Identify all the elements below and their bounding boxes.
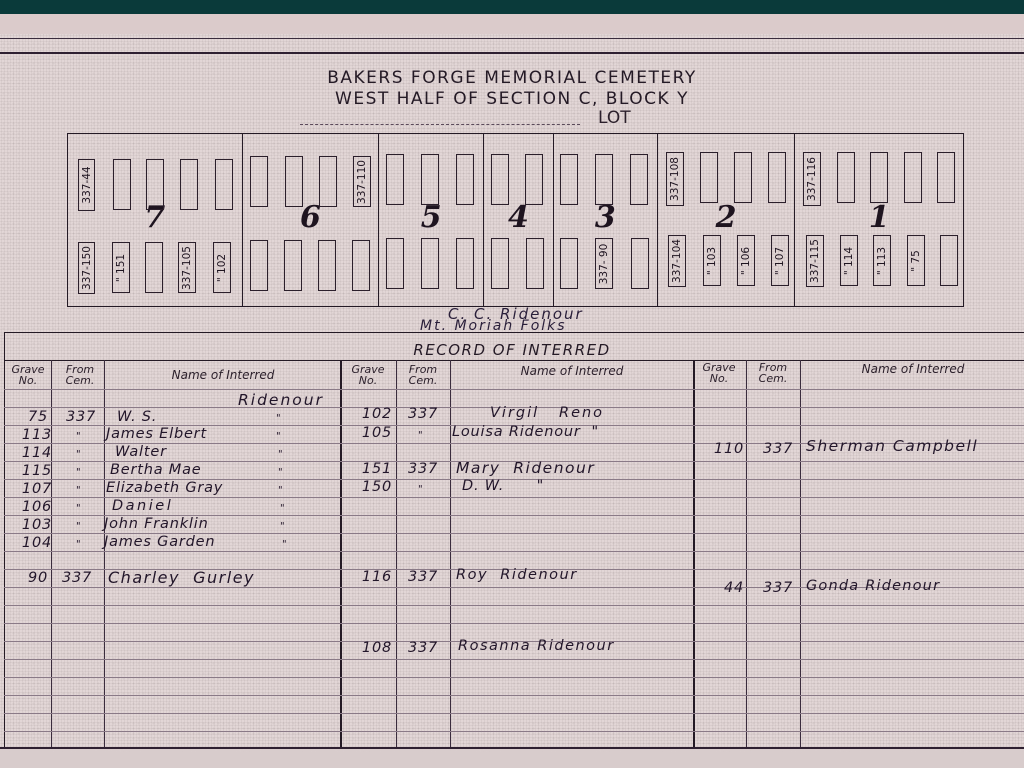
grave-plot: 337-115	[806, 235, 824, 287]
grave-number: 102	[350, 406, 392, 422]
lot-3: 3 337- 90	[554, 134, 658, 306]
from-cemetery: 337	[66, 409, 96, 425]
col-header-name: Name of Interred	[106, 370, 340, 381]
interred-name: Gonda Ridenour	[806, 578, 940, 594]
grave-plot	[318, 240, 336, 291]
border-rule	[0, 38, 1024, 39]
grave-plot: 337-108	[666, 152, 684, 206]
col-header-grave-no: Grave No.	[694, 362, 744, 384]
column-divider	[51, 360, 52, 748]
grave-label: 337- 90	[598, 243, 610, 284]
grave-plot	[491, 154, 509, 205]
interred-name: Mary Ridenour	[456, 459, 595, 477]
grave-plot	[904, 152, 922, 203]
interred-name: James Garden	[104, 534, 215, 550]
interred-name: James Elbert	[106, 426, 207, 442]
grave-plot: 337-44	[78, 159, 95, 211]
lot-4: 4	[484, 134, 554, 306]
from-cemetery: 337	[763, 441, 793, 457]
grave-plot	[630, 154, 648, 205]
grave-plot	[146, 159, 164, 210]
grave-label: " 106	[740, 246, 752, 274]
grave-number: 104	[8, 535, 52, 551]
column-divider	[746, 360, 747, 748]
grave-plot	[525, 154, 543, 205]
grave-number: 44	[702, 580, 744, 596]
interred-name: Virgil Reno	[490, 405, 604, 421]
family-surname: Ridenour	[238, 391, 324, 409]
from-cemetery: "	[76, 503, 82, 514]
grave-label: " 151	[115, 253, 127, 281]
row-rule	[4, 713, 1024, 714]
grave-plot	[940, 235, 958, 286]
col-header-grave-no: Grave No.	[342, 364, 394, 386]
record-title: RECORD OF INTERRED	[0, 341, 1024, 359]
lot-number: 4	[484, 200, 553, 235]
row-rule	[4, 659, 1024, 660]
cemetery-title: BAKERS FORGE MEMORIAL CEMETERY	[0, 68, 1024, 89]
from-cemetery: "	[76, 431, 82, 442]
grave-label: " 107	[774, 246, 786, 274]
grave-plot	[456, 238, 474, 289]
grave-plot	[180, 159, 198, 210]
grave-plot: " 106	[737, 235, 755, 286]
column-divider	[450, 360, 451, 748]
lot-map: 7 337-44 337-150 " 151 337-105 " 102 6 3…	[67, 133, 964, 307]
interred-name: Charley Gurley	[108, 568, 255, 587]
interred-name: John Franklin	[104, 516, 209, 532]
grave-number: 151	[350, 461, 392, 477]
lot-blank-line	[300, 124, 580, 125]
grave-plot: " 113	[873, 235, 891, 286]
from-cemetery: "	[76, 539, 82, 550]
grave-plot	[386, 238, 404, 289]
column-divider	[104, 360, 105, 748]
grave-plot: 337- 90	[595, 238, 613, 289]
grave-plot: " 103	[703, 235, 721, 286]
grave-plot: 337-105	[178, 242, 196, 293]
grave-number: 113	[8, 427, 52, 443]
col-header-from-cem: From Cem.	[58, 364, 102, 386]
grave-label: " 102	[216, 253, 228, 281]
lot-5: 5	[379, 134, 484, 306]
interred-name: Walter	[115, 444, 167, 460]
grave-plot: " 102	[213, 242, 231, 293]
grave-plot	[250, 156, 268, 207]
page-edge-top	[0, 14, 1024, 36]
page-edge-bottom	[0, 747, 1024, 768]
lot-1: 1 337-116 337-115 " 114 " 113 " 75	[795, 134, 963, 306]
from-cemetery: "	[418, 484, 424, 495]
ditto-mark: "	[276, 431, 282, 442]
col-header-from-cem: From Cem.	[747, 362, 799, 384]
ditto-mark: "	[280, 503, 286, 514]
lot-number: 3	[554, 200, 657, 235]
section-divider	[340, 360, 342, 748]
grave-number: 103	[8, 517, 52, 533]
interred-name: Elizabeth Gray	[106, 480, 223, 496]
grave-label: 337-105	[181, 246, 193, 290]
grave-plot	[145, 242, 163, 293]
grave-plot	[595, 154, 613, 205]
grave-plot: " 151	[112, 242, 130, 293]
grave-plot	[352, 240, 370, 291]
grave-label: 337-110	[356, 160, 368, 204]
grave-number: 105	[350, 425, 392, 441]
border-rule	[0, 52, 1024, 54]
from-cemetery: 337	[408, 569, 438, 585]
from-cemetery: "	[76, 521, 82, 532]
row-rule	[4, 731, 1024, 732]
ditto-mark: "	[278, 485, 284, 496]
ditto-mark: "	[280, 521, 286, 532]
grave-number: 90	[8, 570, 48, 586]
grave-label: " 103	[706, 246, 718, 274]
grave-label: " 114	[843, 246, 855, 274]
row-rule	[4, 623, 1024, 624]
grave-label: 337-150	[81, 246, 93, 290]
row-rule	[4, 695, 1024, 696]
section-subtitle: WEST HALF OF SECTION C, BLOCK Y	[0, 89, 1024, 110]
grave-label: 337-44	[81, 166, 93, 203]
grave-plot	[560, 238, 578, 289]
grave-plot	[250, 240, 268, 291]
grave-plot: 337-104	[668, 235, 686, 287]
grave-plot	[491, 238, 509, 289]
interred-name: Daniel	[112, 498, 173, 514]
interred-name: D. W. "	[462, 478, 544, 494]
grave-plot: " 114	[840, 235, 858, 286]
grave-plot: 337-110	[353, 156, 371, 207]
grave-plot: " 107	[771, 235, 789, 286]
section-divider	[693, 360, 695, 748]
lot-number: 5	[379, 200, 483, 235]
grave-plot	[734, 152, 752, 203]
from-cemetery: "	[76, 449, 82, 460]
lot-6: 6 337-110	[243, 134, 380, 306]
interred-name: W. S.	[117, 409, 157, 425]
grave-number: 116	[350, 569, 392, 585]
interred-name: Louisa Ridenour "	[452, 424, 599, 440]
from-cemetery: "	[418, 430, 424, 441]
from-cemetery: "	[76, 485, 82, 496]
grave-plot	[937, 152, 955, 203]
col-header-grave-no: Grave No.	[6, 364, 50, 386]
grave-number: 114	[8, 445, 52, 461]
grave-label: " 113	[876, 246, 888, 274]
grave-plot	[456, 154, 474, 205]
grave-plot	[113, 159, 131, 210]
grave-number: 150	[350, 479, 392, 495]
interred-name: Sherman Campbell	[806, 437, 978, 455]
lot-label: LOT	[598, 108, 631, 128]
grave-plot: 337-150	[78, 242, 95, 294]
column-divider	[800, 360, 801, 748]
grave-plot	[837, 152, 855, 203]
grave-label: 337-116	[806, 157, 818, 201]
grave-number: 106	[8, 499, 52, 515]
row-rule	[4, 389, 1024, 390]
grave-plot	[421, 238, 439, 289]
grave-plot	[631, 238, 649, 289]
grave-plot	[215, 159, 233, 210]
grave-label: " 75	[910, 250, 922, 272]
interred-name: Rosanna Ridenour	[458, 638, 615, 654]
grave-plot	[319, 156, 337, 207]
document-header: BAKERS FORGE MEMORIAL CEMETERY WEST HALF…	[0, 68, 1024, 110]
col-header-name: Name of Interred	[802, 364, 1024, 375]
row-rule	[4, 677, 1024, 678]
from-cemetery: 337	[408, 406, 438, 422]
row-rule	[4, 605, 1024, 606]
table-header-rule	[4, 360, 1024, 361]
grave-number: 75	[8, 409, 48, 425]
from-cemetery: 337	[62, 570, 92, 586]
grave-plot	[768, 152, 786, 203]
col-header-name: Name of Interred	[452, 366, 692, 377]
column-divider	[396, 360, 397, 748]
interred-name: Roy Ridenour	[456, 567, 578, 583]
lot-7: 7 337-44 337-150 " 151 337-105 " 102	[68, 134, 243, 306]
grave-plot: 337-116	[803, 152, 821, 206]
grave-plot	[284, 240, 302, 291]
from-cemetery: 337	[408, 461, 438, 477]
grave-plot	[560, 154, 578, 205]
ditto-mark: "	[278, 449, 284, 460]
grave-plot	[285, 156, 303, 207]
from-cemetery: 337	[763, 580, 793, 596]
grave-label: 337-108	[669, 157, 681, 201]
grave-number: 108	[350, 640, 392, 656]
col-header-from-cem: From Cem.	[398, 364, 448, 386]
grave-number: 110	[702, 441, 744, 457]
ditto-mark: "	[282, 539, 288, 550]
row-rule	[4, 551, 1024, 552]
ditto-mark: "	[278, 467, 284, 478]
interred-name: Bertha Mae	[110, 462, 202, 478]
grave-label: 337-115	[809, 239, 821, 283]
grave-plot	[526, 238, 544, 289]
lot-2: 2 337-108 337-104 " 103 " 106 " 107	[658, 134, 796, 306]
grave-number: 115	[8, 463, 52, 479]
from-cemetery: 337	[408, 640, 438, 656]
grave-number: 107	[8, 481, 52, 497]
lot-field: LOT	[300, 108, 660, 128]
grave-plot	[700, 152, 718, 203]
grave-plot	[386, 154, 404, 205]
grave-plot	[421, 154, 439, 205]
from-cemetery: "	[76, 467, 82, 478]
grave-label: 337-104	[671, 239, 683, 283]
grave-plot: " 75	[907, 235, 925, 286]
grave-plot	[870, 152, 888, 203]
ditto-mark: "	[276, 413, 282, 424]
